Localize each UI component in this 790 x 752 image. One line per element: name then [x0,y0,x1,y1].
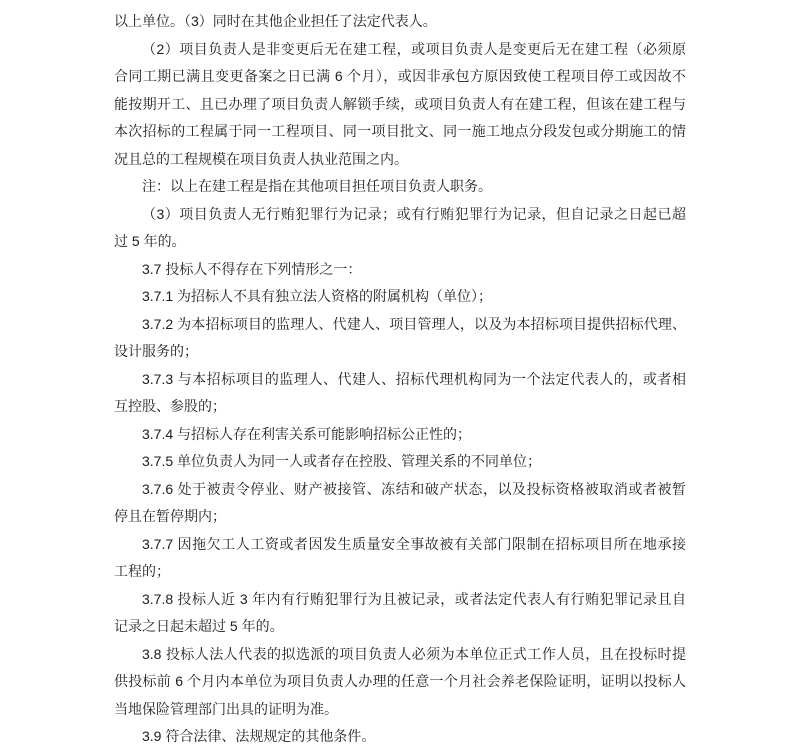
doc-line: 3.7.6 处于被责令停业、财产被接管、冻结和破产状态，以及投标资格被取消或者被… [114,476,686,504]
doc-line: 工程的； [114,558,686,586]
doc-line: 以上单位。（3）同时在其他企业担任了法定代表人。 [114,8,686,36]
doc-line: 况且总的工程规模在项目负责人执业范围之内。 [114,146,686,174]
doc-line: 3.7.8 投标人近 3 年内有行贿犯罪行为且被记录，或者法定代表人有行贿犯罪记… [114,586,686,614]
doc-line: 当地保险管理部门出具的证明为准。 [114,696,686,724]
doc-line: 3.9 符合法律、法规规定的其他条件。 [114,723,686,751]
document-page: 以上单位。（3）同时在其他企业担任了法定代表人。 （2）项目负责人是非变更后无在… [114,8,686,751]
doc-line: 3.7.4 与招标人存在利害关系可能影响招标公正性的； [114,421,686,449]
doc-line: 3.7.1 为招标人不具有独立法人资格的附属机构（单位）； [114,283,686,311]
doc-line: 过 5 年的。 [114,228,686,256]
doc-line: 合同工期已满且变更备案之日已满 6 个月），或因非承包方原因致使工程项目停工或因… [114,63,686,91]
doc-line: 记录之日起未超过 5 年的。 [114,613,686,641]
doc-line: 3.7.3 与本招标项目的监理人、代建人、招标代理机构同为一个法定代表人的，或者… [114,366,686,394]
doc-line: 互控股、参股的； [114,393,686,421]
doc-line: 3.7 投标人不得存在下列情形之一： [114,256,686,284]
doc-line: 设计服务的； [114,338,686,366]
doc-line: 供投标前 6 个月内本单位为项目负责人办理的任意一个月社会养老保险证明，证明以投… [114,668,686,696]
doc-line: （2）项目负责人是非变更后无在建工程，或项目负责人是变更后无在建工程（必须原 [114,36,686,64]
doc-line: 能按期开工、且已办理了项目负责人解锁手续，或项目负责人有在建工程，但该在建工程与 [114,91,686,119]
doc-line: 停且在暂停期内； [114,503,686,531]
doc-line: 注：以上在建工程是指在其他项目担任项目负责人职务。 [114,173,686,201]
doc-line: 3.7.7 因拖欠工人工资或者因发生质量安全事故被有关部门限制在招标项目所在地承… [114,531,686,559]
doc-line: （3）项目负责人无行贿犯罪行为记录；或有行贿犯罪行为记录，但自记录之日起已超 [114,201,686,229]
doc-line: 3.8 投标人法人代表的拟选派的项目负责人必须为本单位正式工作人员，且在投标时提 [114,641,686,669]
doc-line: 本次招标的工程属于同一工程项目、同一项目批文、同一施工地点分段发包或分期施工的情 [114,118,686,146]
doc-line: 3.7.5 单位负责人为同一人或者存在控股、管理关系的不同单位； [114,448,686,476]
doc-line: 3.7.2 为本招标项目的监理人、代建人、项目管理人，以及为本招标项目提供招标代… [114,311,686,339]
